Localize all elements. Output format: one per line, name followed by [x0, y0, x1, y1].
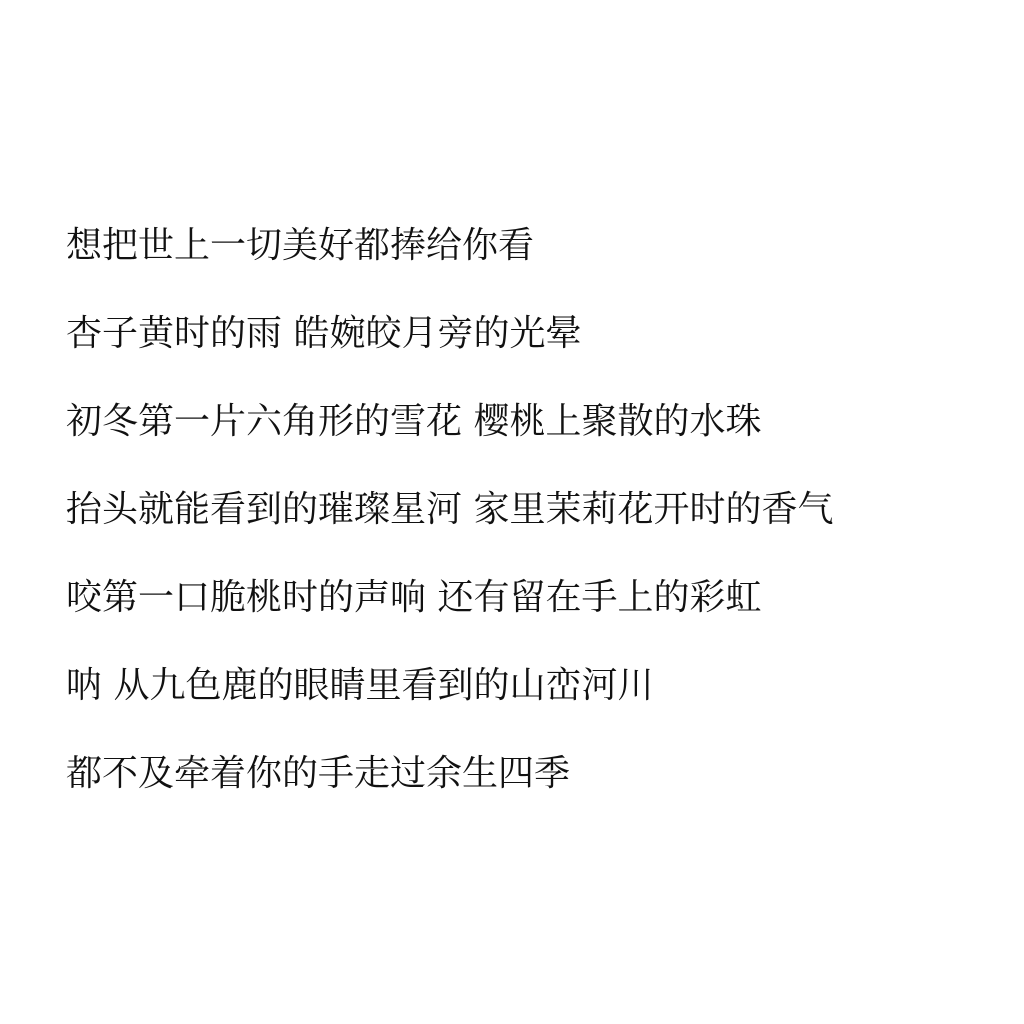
poem-line-1: 想把世上一切美好都捧给你看 [66, 224, 833, 268]
poem-line-6: 呐 从九色鹿的眼睛里看到的山峦河川 [66, 664, 833, 708]
poem-text-block: 想把世上一切美好都捧给你看 杏子黄时的雨 皓婉皎月旁的光晕 初冬第一片六角形的雪… [66, 224, 833, 840]
poem-line-4: 抬头就能看到的璀璨星河 家里茉莉花开时的香气 [66, 488, 833, 532]
poem-line-5: 咬第一口脆桃时的声响 还有留在手上的彩虹 [66, 576, 833, 620]
poem-line-2: 杏子黄时的雨 皓婉皎月旁的光晕 [66, 312, 833, 356]
poem-line-7: 都不及牵着你的手走过余生四季 [66, 752, 833, 796]
poem-line-3: 初冬第一片六角形的雪花 樱桃上聚散的水珠 [66, 400, 833, 444]
